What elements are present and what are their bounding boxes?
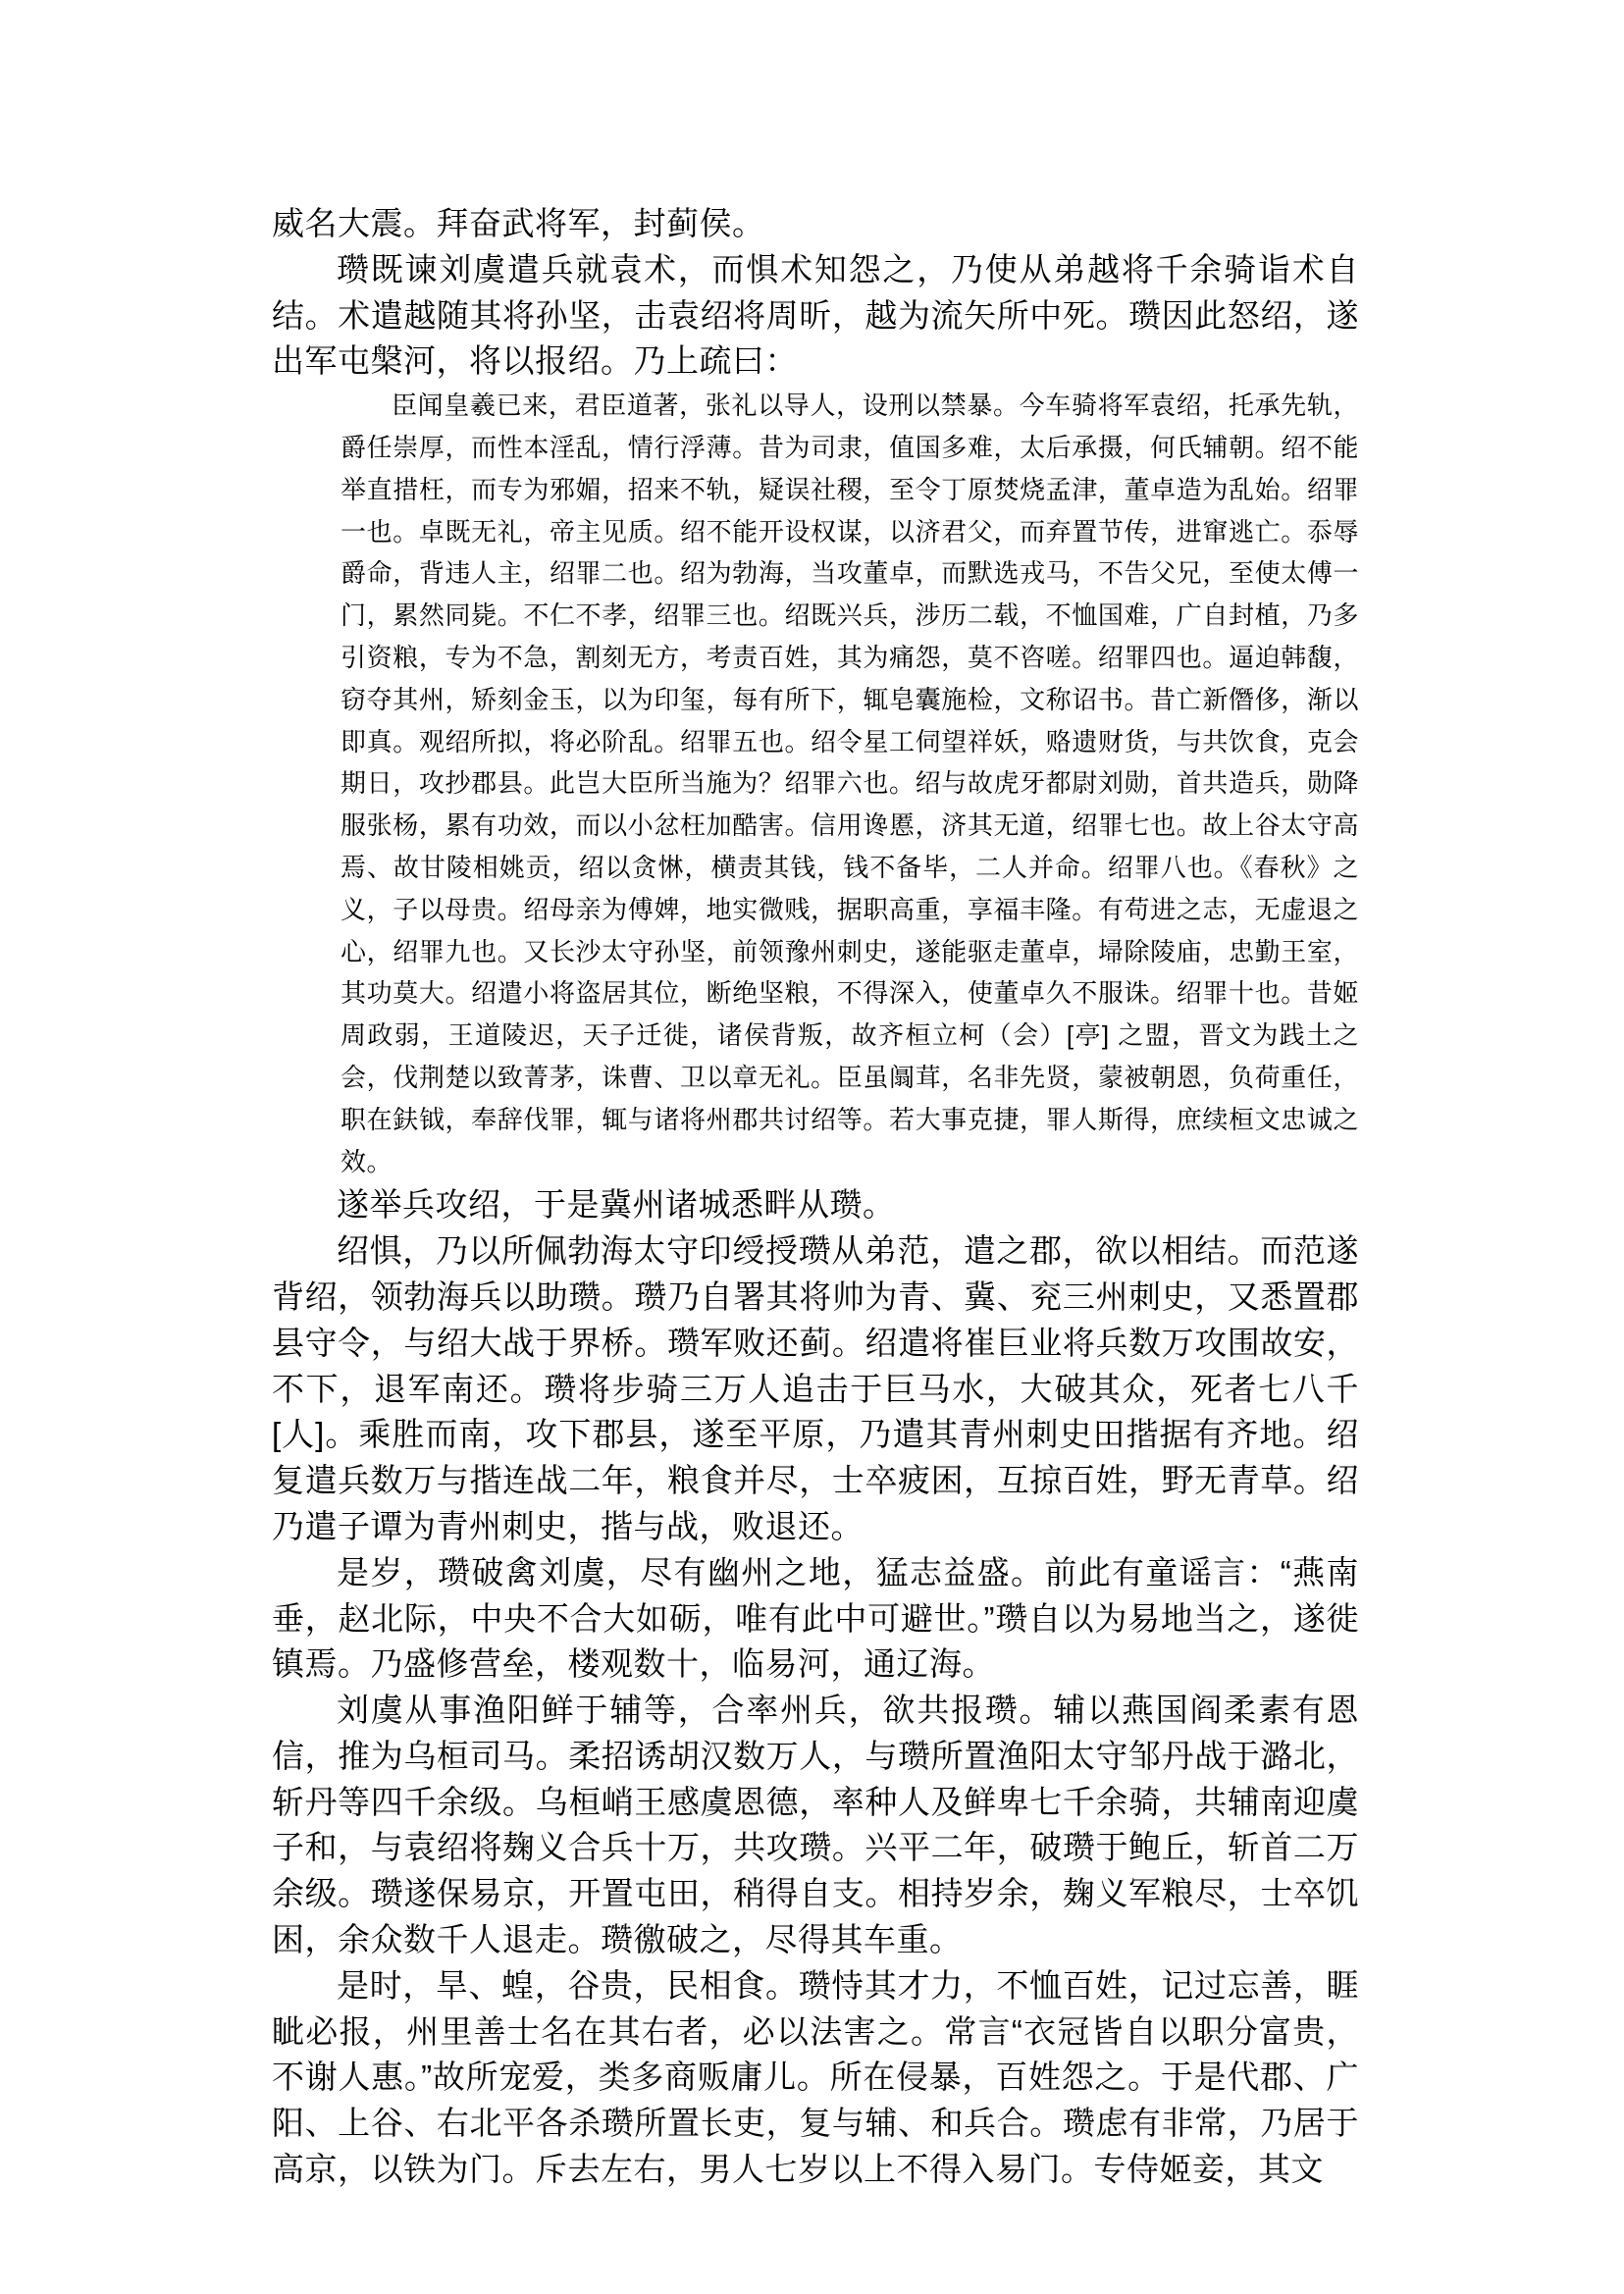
paragraph-jieqiao-battle: 绍惧，乃以所佩勃海太守印绶授瓒从弟范，遣之郡，欲以相结。而范遂背绍，领勃海兵以助… <box>272 1228 1359 1550</box>
text-column: 威名大震。拜奋武将军，封蓟侯。 瓒既谏刘虞遣兵就袁术，而惧术知怨之，乃使从弟越将… <box>272 201 1359 2193</box>
paragraph-xianyu-fu-campaign: 刘虞从事渔阳鲜于辅等，合率州兵，欲共报瓒。辅以燕国阎柔素有恩信，推为乌桓司马。柔… <box>272 1688 1359 1963</box>
paragraph-famine-isolation: 是时，旱、蝗，谷贵，民相食。瓒恃其才力，不恤百姓，记过忘善，睚眦必报，州里善士名… <box>272 1963 1359 2193</box>
memorial-quote-block: 臣闻皇羲已来，君臣道著，张礼以导人，设刑以禁暴。今车骑将军袁绍，托承先轨，爵任崇… <box>341 385 1359 1182</box>
paragraph-attack-shao: 遂举兵攻绍，于是冀州诸城悉畔从瓒。 <box>272 1182 1359 1228</box>
paragraph-continuation: 威名大震。拜奋武将军，封蓟侯。 <box>272 201 1359 247</box>
paragraph-memorial-intro: 瓒既谏刘虞遣兵就袁术，而惧术知怨之，乃使从弟越将千余骑诣术自结。术遣越随其将孙坚… <box>272 247 1359 385</box>
paragraph-ballad-yijing: 是岁，瓒破禽刘虞，尽有幽州之地，猛志益盛。前此有童谣言：“燕南垂，赵北际，中央不… <box>272 1550 1359 1688</box>
document-page: 威名大震。拜奋武将军，封蓟侯。 瓒既谏刘虞遣兵就袁术，而惧术知怨之，乃使从弟越将… <box>0 0 1624 2294</box>
